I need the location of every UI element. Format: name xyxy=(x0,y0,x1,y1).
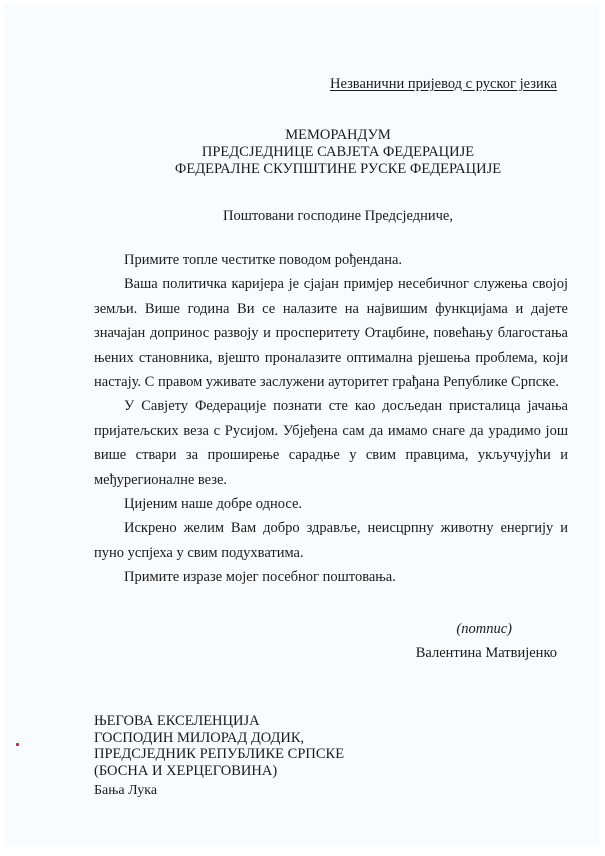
body-paragraph: Цијеним наше добре односе. xyxy=(94,492,568,516)
addressee-block: ЊЕГОВА ЕКСЕЛЕНЦИЈА ГОСПОДИН МИЛОРАД ДОДИ… xyxy=(94,713,344,779)
addressee-city: Бања Лука xyxy=(94,783,157,799)
title-line: ФЕДЕРАЛНЕ СКУПШТИНЕ РУСКЕ ФЕДЕРАЦИЈЕ xyxy=(4,161,605,178)
title-line: МЕМОРАНДУМ xyxy=(4,127,605,144)
body-paragraph: Примите изразе мојег посебног поштовања. xyxy=(94,565,568,589)
body-paragraph: У Савјету Федерације познати сте као дос… xyxy=(94,394,568,492)
title-line: ПРЕДСЈЕДНИЦЕ САВЈЕТА ФЕДЕРАЦИЈЕ xyxy=(4,144,605,161)
body-paragraph: Искрено желим Вам добро здравље, неисцрп… xyxy=(94,516,568,565)
translation-note: Незванични пријевод с руског језика xyxy=(330,76,557,93)
addressee-line: ГОСПОДИН МИЛОРАД ДОДИК, xyxy=(94,730,344,747)
addressee-line: ЊЕГОВА ЕКСЕЛЕНЦИЈА xyxy=(94,713,344,730)
body-paragraph: Ваша политичка каријера је сјајан примје… xyxy=(94,272,568,394)
stray-ink-mark xyxy=(16,743,19,746)
memorandum-title: МЕМОРАНДУМ ПРЕДСЈЕДНИЦЕ САВЈЕТА ФЕДЕРАЦИ… xyxy=(4,127,605,178)
body-paragraph: Примите топле честитке поводом рођендана… xyxy=(94,248,568,272)
letter-body: Примите топле честитке поводом рођендана… xyxy=(94,248,568,590)
document-page: Незванични пријевод с руског језика МЕМО… xyxy=(4,4,599,846)
signature-note: (потпис) xyxy=(456,621,512,638)
addressee-line: ПРЕДСЈЕДНИК РЕПУБЛИКЕ СРПСКЕ xyxy=(94,746,344,763)
addressee-line: (БОСНА И ХЕРЦЕГОВИНА) xyxy=(94,763,344,780)
salutation: Поштовани господине Предсједниче, xyxy=(4,208,605,225)
signatory-name: Валентина Матвијенко xyxy=(416,645,557,662)
